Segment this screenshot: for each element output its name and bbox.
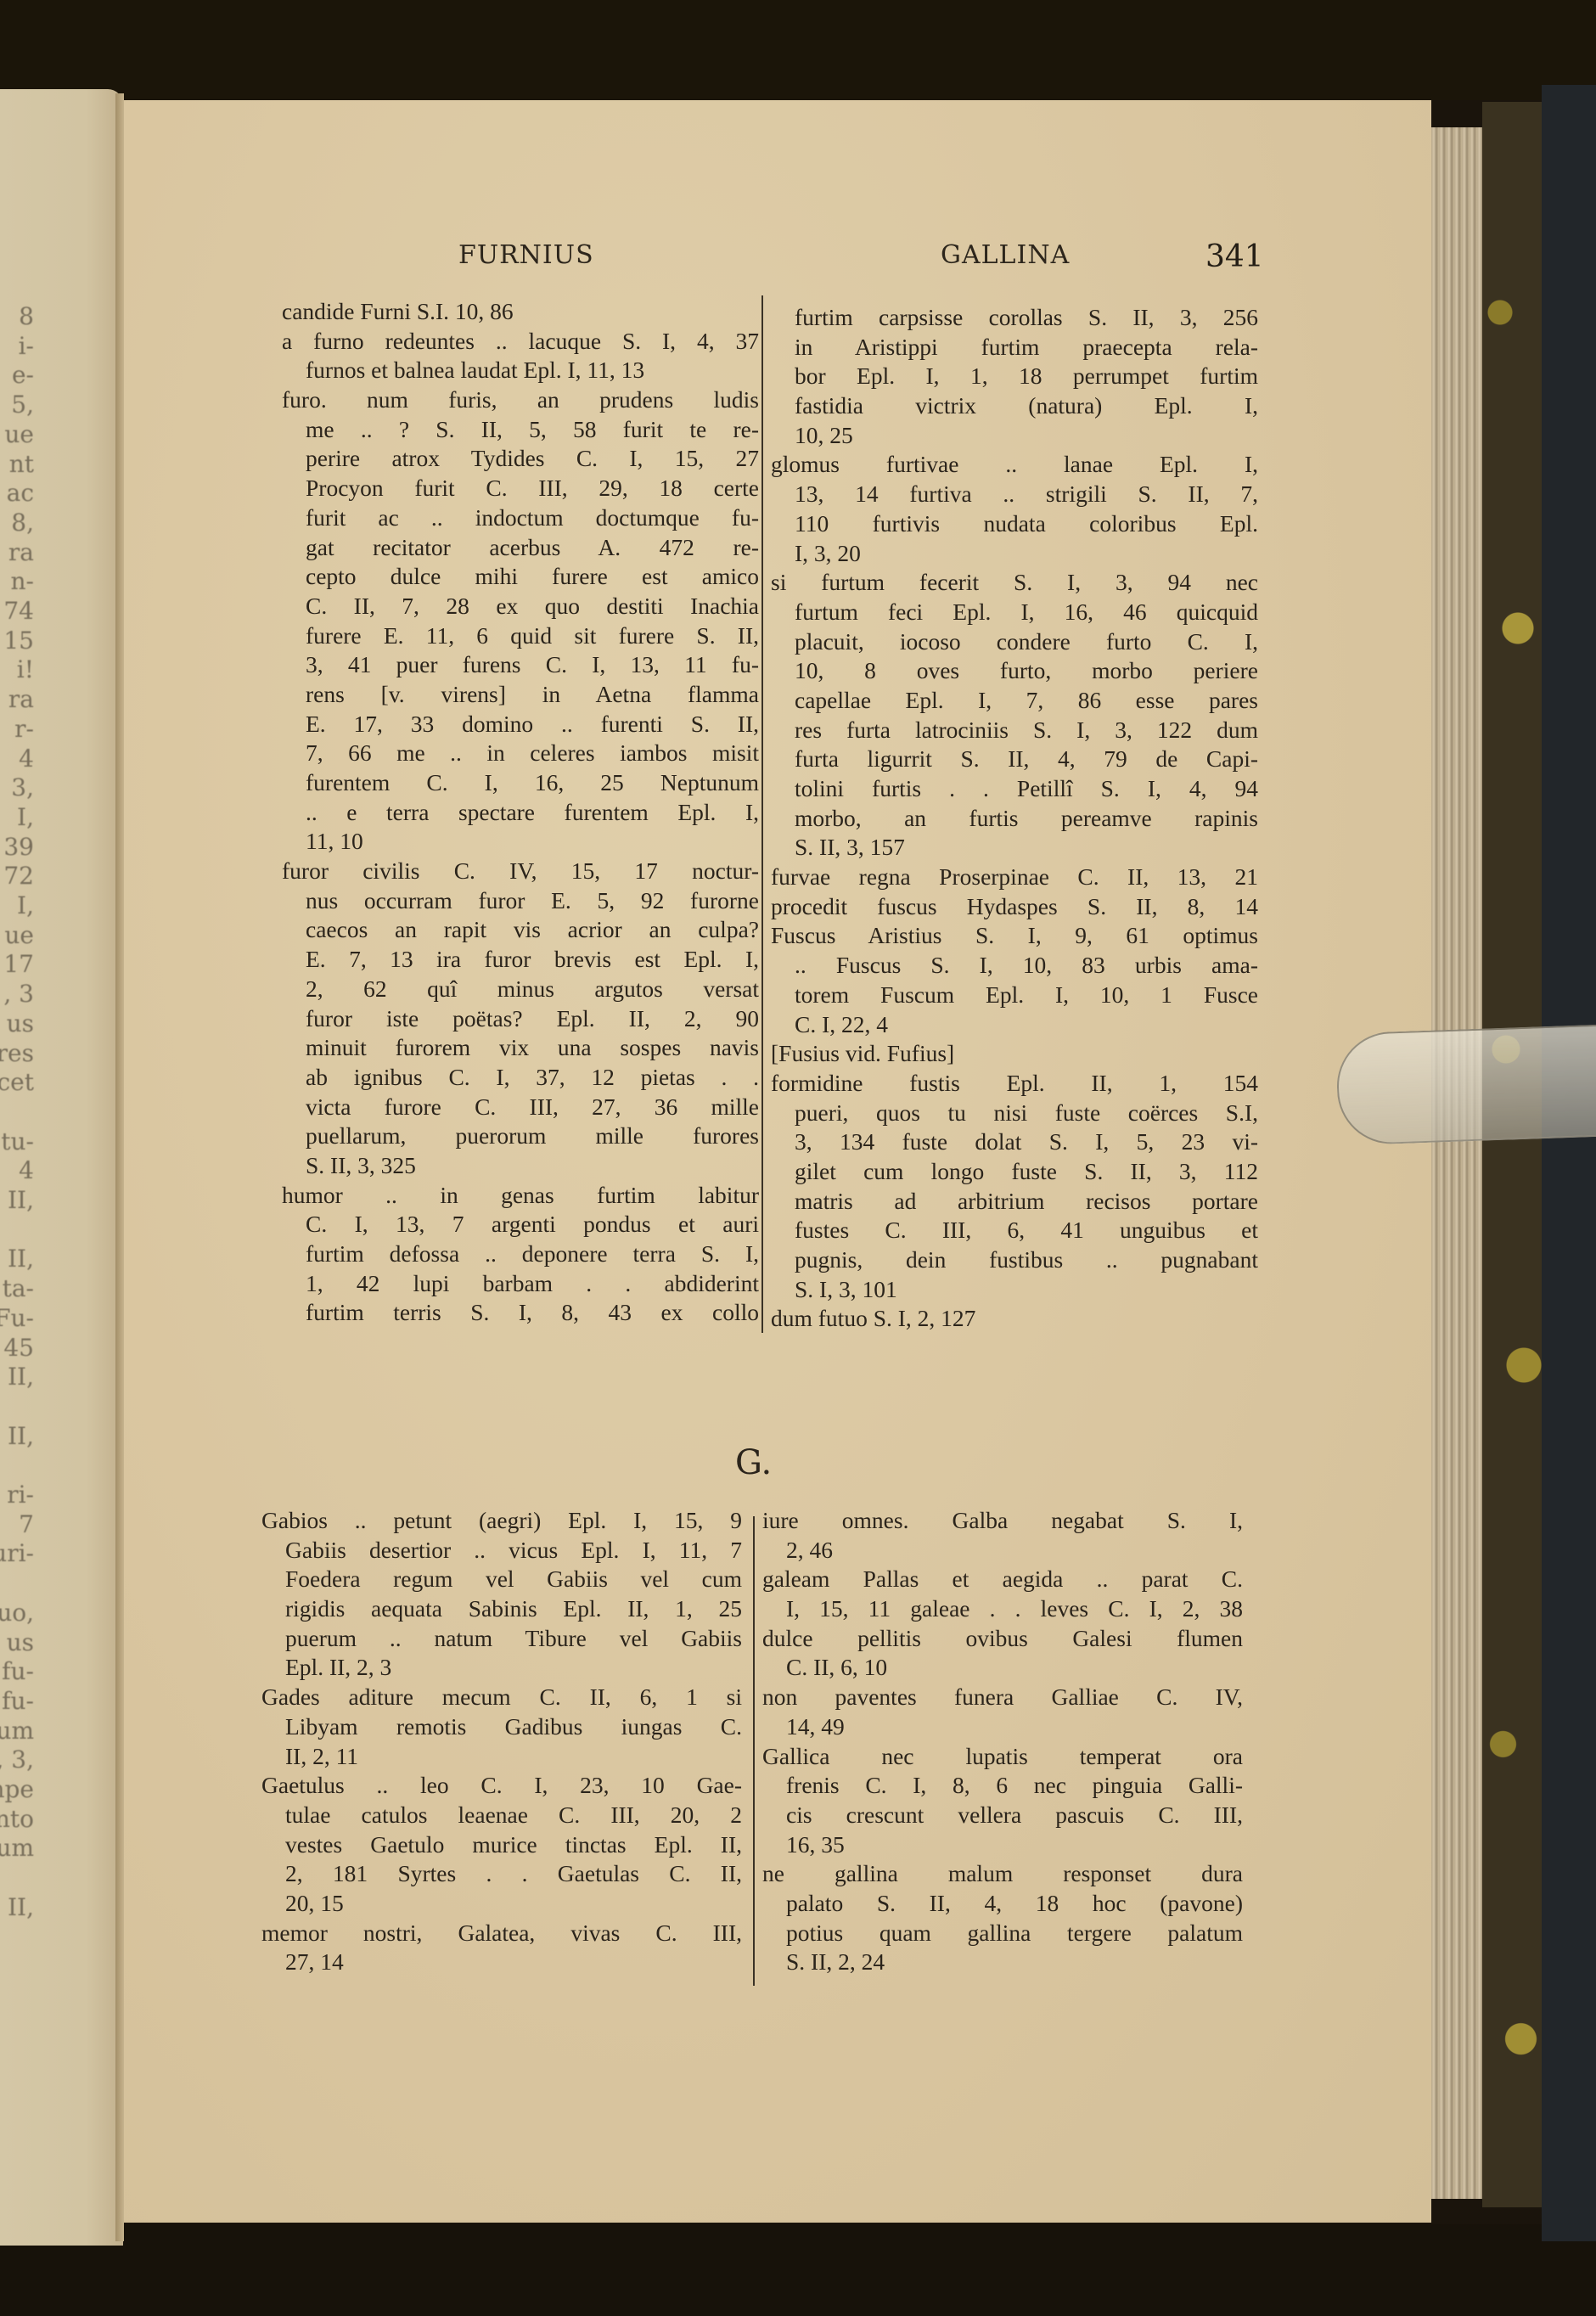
facing-page-fragment: nt: [0, 449, 34, 479]
text-line: S. II, 3, 157: [771, 833, 1258, 863]
background-top: [0, 0, 1596, 100]
text-line: rens [v. virens] in Aetna flamma: [282, 680, 759, 710]
text-line: placuit, iocoso condere furto C. I,: [771, 627, 1258, 657]
facing-page-fragment: r-: [0, 714, 34, 744]
page-number: 341: [1205, 239, 1264, 274]
text-line: iure omnes. Galba negabat S. I,: [762, 1506, 1243, 1536]
text-line: C. I, 22, 4: [771, 1010, 1258, 1040]
text-line: E. 7, 13 ira furor brevis est Epl. I,: [282, 945, 759, 975]
text-line: furor civilis C. IV, 15, 17 noctur-: [282, 857, 759, 886]
text-line: 14, 49: [762, 1712, 1243, 1742]
facing-page-fragment: ue: [0, 920, 34, 950]
facing-page-fragment: I,: [0, 891, 34, 920]
text-line: E. 17, 33 domino .. furenti S. II,: [282, 710, 759, 739]
marbled-cover-edge: [1482, 102, 1542, 2207]
text-line: furtim defossa .. deponere terra S. I,: [282, 1240, 759, 1269]
text-line: Gabiis desertior .. vicus Epl. I, 11, 7: [261, 1536, 742, 1566]
text-line: C. II, 7, 28 ex quo destiti Inachia: [282, 592, 759, 621]
text-line: furtim terris S. I, 8, 43 ex collo: [282, 1298, 759, 1328]
bookmark-clip: [1335, 1024, 1596, 1145]
facing-page-fragment: cet: [0, 1067, 34, 1097]
text-line: dum futuo S. I, 2, 127: [771, 1304, 1258, 1334]
facing-page-fragment: 8,: [0, 508, 34, 537]
background-bottom: [0, 2224, 1596, 2316]
text-line: Gaetulus .. leo C. I, 23, 10 Gae-: [261, 1771, 742, 1801]
facing-page-fragment: II,: [0, 1362, 34, 1391]
facing-page-fragment: ue: [0, 419, 34, 449]
text-line: procedit fuscus Hydaspes S. II, 8, 14: [771, 892, 1258, 922]
facing-page-fragment: i-: [0, 331, 34, 361]
text-line: II, 2, 11: [261, 1742, 742, 1772]
column-divider-lower: [753, 1516, 755, 1986]
text-line: gilet cum longo fuste S. II, 3, 112: [771, 1157, 1258, 1187]
text-line: humor .. in genas furtim labitur: [282, 1181, 759, 1211]
facing-page-fragment: II,: [0, 1185, 34, 1215]
text-line: bor Epl. I, 1, 18 perrumpet furtim: [771, 362, 1258, 391]
text-line: 10, 25: [771, 421, 1258, 451]
text-line: furvae regna Proserpinae C. II, 13, 21: [771, 863, 1258, 892]
text-line: ne gallina malum responset dura: [762, 1859, 1243, 1889]
text-line: 110 furtivis nudata coloribus Epl.: [771, 509, 1258, 539]
text-line: fastidia victrix (natura) Epl. I,: [771, 391, 1258, 421]
facing-page-fragment: ac: [0, 478, 34, 508]
facing-page-fragment: ra: [0, 537, 34, 567]
text-line: candide Furni S.I. 10, 86: [282, 297, 759, 327]
text-line: cepto dulce mihi furere est amico: [282, 562, 759, 592]
text-line: fustes C. III, 6, 41 unguibus et: [771, 1216, 1258, 1245]
book-gutter: [115, 93, 124, 2241]
facing-page-fragment: fu-: [0, 1686, 34, 1716]
text-line: furo. num furis, an prudens ludis: [282, 385, 759, 415]
column-upper-right: furtim carpsisse corollas S. II, 3, 256i…: [771, 303, 1258, 1334]
text-line: Gabios .. petunt (aegri) Epl. I, 15, 9: [261, 1506, 742, 1536]
facing-page-fragment: tum: [0, 1833, 34, 1863]
text-line: nus occurram furor E. 5, 92 furorne: [282, 886, 759, 916]
text-line: S. I, 3, 101: [771, 1275, 1258, 1305]
facing-page-fragment: fu-: [0, 1656, 34, 1686]
facing-page-fragment: 5,: [0, 390, 34, 419]
text-line: .. e terra spectare furentem Epl. I,: [282, 798, 759, 828]
text-line: 2, 62 quî minus argutos versat: [282, 975, 759, 1004]
column-divider-upper: [761, 295, 763, 1333]
text-line: matris ad arbitrium recisos portare: [771, 1187, 1258, 1217]
facing-page-fragment: II,: [0, 1892, 34, 1922]
text-line: 27, 14: [261, 1948, 742, 1977]
text-line: 3, 41 puer furens C. I, 13, 11 fu-: [282, 650, 759, 680]
text-line: I, 15, 11 galeae . . leves C. I, 2, 38: [762, 1594, 1243, 1624]
facing-page-fragment: res: [0, 1038, 34, 1068]
facing-page-fragment: i!: [0, 655, 34, 684]
text-line: S. II, 2, 24: [762, 1948, 1243, 1977]
text-line: ab ignibus C. I, 37, 12 pietas . .: [282, 1063, 759, 1093]
text-line: 10, 8 oves furto, morbo periere: [771, 656, 1258, 686]
text-line: Foedera regum vel Gabiis vel cum: [261, 1565, 742, 1594]
text-line: C. II, 6, 10: [762, 1653, 1243, 1683]
text-line: puerum .. natum Tibure vel Gabiis: [261, 1624, 742, 1654]
text-line: 1, 42 lupi barbam . . abdiderint: [282, 1269, 759, 1299]
text-line: puellarum, puerorum mille furores: [282, 1121, 759, 1151]
facing-page-fragment: tu-: [0, 1127, 34, 1156]
text-line: res furta latrociniis S. I, 3, 122 dum: [771, 716, 1258, 745]
running-head-left: FURNIUS: [458, 240, 594, 270]
text-line: furta ligurrit S. II, 4, 79 de Capi-: [771, 745, 1258, 774]
text-line: galeam Pallas et aegida .. parat C.: [762, 1565, 1243, 1594]
text-line: minuit furorem vix una sospes navis: [282, 1033, 759, 1063]
text-line: Epl. II, 2, 3: [261, 1653, 742, 1683]
text-line: .. Fuscus S. I, 10, 83 urbis ama-: [771, 951, 1258, 981]
facing-page-fragment: npe: [0, 1774, 34, 1804]
text-line: frenis C. I, 8, 6 nec pinguia Galli-: [762, 1771, 1243, 1801]
facing-page-fragment: 39: [0, 832, 34, 862]
text-line: Libyam remotis Gadibus iungas C.: [261, 1712, 742, 1742]
page-edges: [1431, 127, 1482, 2199]
facing-page-fragment: 17: [0, 949, 34, 979]
facing-page-fragment: 7: [0, 1509, 34, 1539]
text-line: 7, 66 me .. in celeres iambos misit: [282, 739, 759, 768]
text-line: me .. ? S. II, 5, 58 furit te re-: [282, 415, 759, 445]
text-line: glomus furtivae .. lanae Epl. I,: [771, 450, 1258, 480]
facing-page-fragment: uri-: [0, 1538, 34, 1568]
facing-page-fragment: ri-: [0, 1480, 34, 1509]
text-line: S. II, 3, 325: [282, 1151, 759, 1181]
text-line: Gallica nec lupatis temperat ora: [762, 1742, 1243, 1772]
facing-page-fragment: nto: [0, 1804, 34, 1834]
text-line: in Aristippi furtim praecepta rela-: [771, 333, 1258, 363]
text-line: I, 3, 20: [771, 539, 1258, 569]
text-line: furentem C. I, 16, 25 Neptunum: [282, 768, 759, 798]
text-line: tolini furtis . . Petillî S. I, 4, 94: [771, 774, 1258, 804]
facing-page-fragment: 3,: [0, 773, 34, 802]
text-line: caecos an rapit vis acrior an culpa?: [282, 915, 759, 945]
facing-page-fragment: n-: [0, 566, 34, 596]
text-line: Gades aditure mecum C. II, 6, 1 si: [261, 1683, 742, 1712]
text-line: victa furore C. III, 27, 36 mille: [282, 1093, 759, 1122]
text-line: Fuscus Aristius S. I, 9, 61 optimus: [771, 921, 1258, 951]
facing-page-fragment: 74: [0, 596, 34, 626]
facing-page-fragment: , 3: [0, 979, 34, 1009]
text-line: pueri, quos tu nisi fuste coërces S.I,: [771, 1099, 1258, 1128]
facing-page-fragment: , 3,: [0, 1745, 34, 1774]
section-letter: G.: [735, 1443, 772, 1482]
facing-page-fragment: I,: [0, 802, 34, 832]
facing-page-fragment: um: [0, 1716, 34, 1745]
text-line: pugnis, dein fustibus .. pugnabant: [771, 1245, 1258, 1275]
running-head-right: GALLINA: [941, 240, 1070, 270]
text-line: 16, 35: [762, 1830, 1243, 1860]
facing-page-fragment: II,: [0, 1244, 34, 1273]
text-line: formidine fustis Epl. II, 1, 154: [771, 1069, 1258, 1099]
facing-page-fragment: ta-: [0, 1273, 34, 1303]
facing-page-fragment: 72: [0, 861, 34, 891]
facing-page-fragment: e-: [0, 360, 34, 390]
text-line: gat recitator acerbus A. 472 re-: [282, 533, 759, 563]
facing-page-fragment: uo,: [0, 1598, 34, 1627]
facing-page-fragment: Fu-: [0, 1303, 34, 1333]
text-line: perire atrox Tydides C. I, 15, 27: [282, 444, 759, 474]
text-line: morbo, an furtis pereamve rapinis: [771, 804, 1258, 834]
text-line: memor nostri, Galatea, vivas C. III,: [261, 1919, 742, 1948]
facing-page-fragment: us: [0, 1009, 34, 1038]
text-line: 13, 14 furtiva .. strigili S. II, 7,: [771, 480, 1258, 509]
facing-page-fragment: 4: [0, 1155, 34, 1185]
text-line: furnos et balnea laudat Epl. I, 11, 13: [282, 356, 759, 385]
column-upper-left: candide Furni S.I. 10, 86a furno redeunt…: [282, 297, 759, 1328]
text-line: 3, 134 fuste dolat S. I, 5, 23 vi-: [771, 1127, 1258, 1157]
text-line: cis crescunt vellera pascuis C. III,: [762, 1801, 1243, 1830]
text-line: C. I, 13, 7 argenti pondus et auri: [282, 1210, 759, 1240]
text-line: tulae catulos leaenae C. III, 20, 2: [261, 1801, 742, 1830]
text-line: potius quam gallina tergere palatum: [762, 1919, 1243, 1948]
text-line: rigidis aequata Sabinis Epl. II, 1, 25: [261, 1594, 742, 1624]
facing-page-left: 8i-e-5,uentac8,ran-7415i!rar-43,I,3972I,…: [0, 89, 123, 2246]
text-line: palato S. II, 4, 18 hoc (pavone): [762, 1889, 1243, 1919]
text-line: furtum feci Epl. I, 16, 46 quicquid: [771, 598, 1258, 627]
text-line: vestes Gaetulo murice tinctas Epl. II,: [261, 1830, 742, 1860]
facing-page-fragment: us: [0, 1627, 34, 1657]
text-line: torem Fuscum Epl. I, 10, 1 Fusce: [771, 981, 1258, 1010]
text-line: furtim carpsisse corollas S. II, 3, 256: [771, 303, 1258, 333]
column-lower-left: Gabios .. petunt (aegri) Epl. I, 15, 9Ga…: [261, 1506, 742, 1977]
text-line: 20, 15: [261, 1889, 742, 1919]
text-line: capellae Epl. I, 7, 86 esse pares: [771, 686, 1258, 716]
facing-page-fragment: 15: [0, 626, 34, 655]
text-line: furor iste poëtas? Epl. II, 2, 90: [282, 1004, 759, 1034]
cloth-spine: [1542, 85, 1596, 2241]
text-line: furere E. 11, 6 quid sit furere S. II,: [282, 621, 759, 651]
text-line: furit ac .. indoctum doctumque fu-: [282, 503, 759, 533]
facing-page-fragment: 4: [0, 744, 34, 773]
text-line: non paventes funera Galliae C. IV,: [762, 1683, 1243, 1712]
text-line: [Fusius vid. Fufius]: [771, 1039, 1258, 1069]
text-line: 11, 10: [282, 827, 759, 857]
text-line: dulce pellitis ovibus Galesi flumen: [762, 1624, 1243, 1654]
text-line: si furtum fecerit S. I, 3, 94 nec: [771, 568, 1258, 598]
facing-page-fragment: 8: [0, 301, 34, 331]
text-line: 2, 181 Syrtes . . Gaetulas C. II,: [261, 1859, 742, 1889]
column-lower-right: iure omnes. Galba negabat S. I,2, 46gale…: [762, 1506, 1243, 1977]
text-line: Procyon furit C. III, 29, 18 certe: [282, 474, 759, 503]
text-line: a furno redeuntes .. lacuque S. I, 4, 37: [282, 327, 759, 357]
facing-page-fragment: 45: [0, 1333, 34, 1363]
text-line: 2, 46: [762, 1536, 1243, 1566]
facing-page-fragment: II,: [0, 1421, 34, 1451]
facing-page-fragment: ra: [0, 684, 34, 714]
